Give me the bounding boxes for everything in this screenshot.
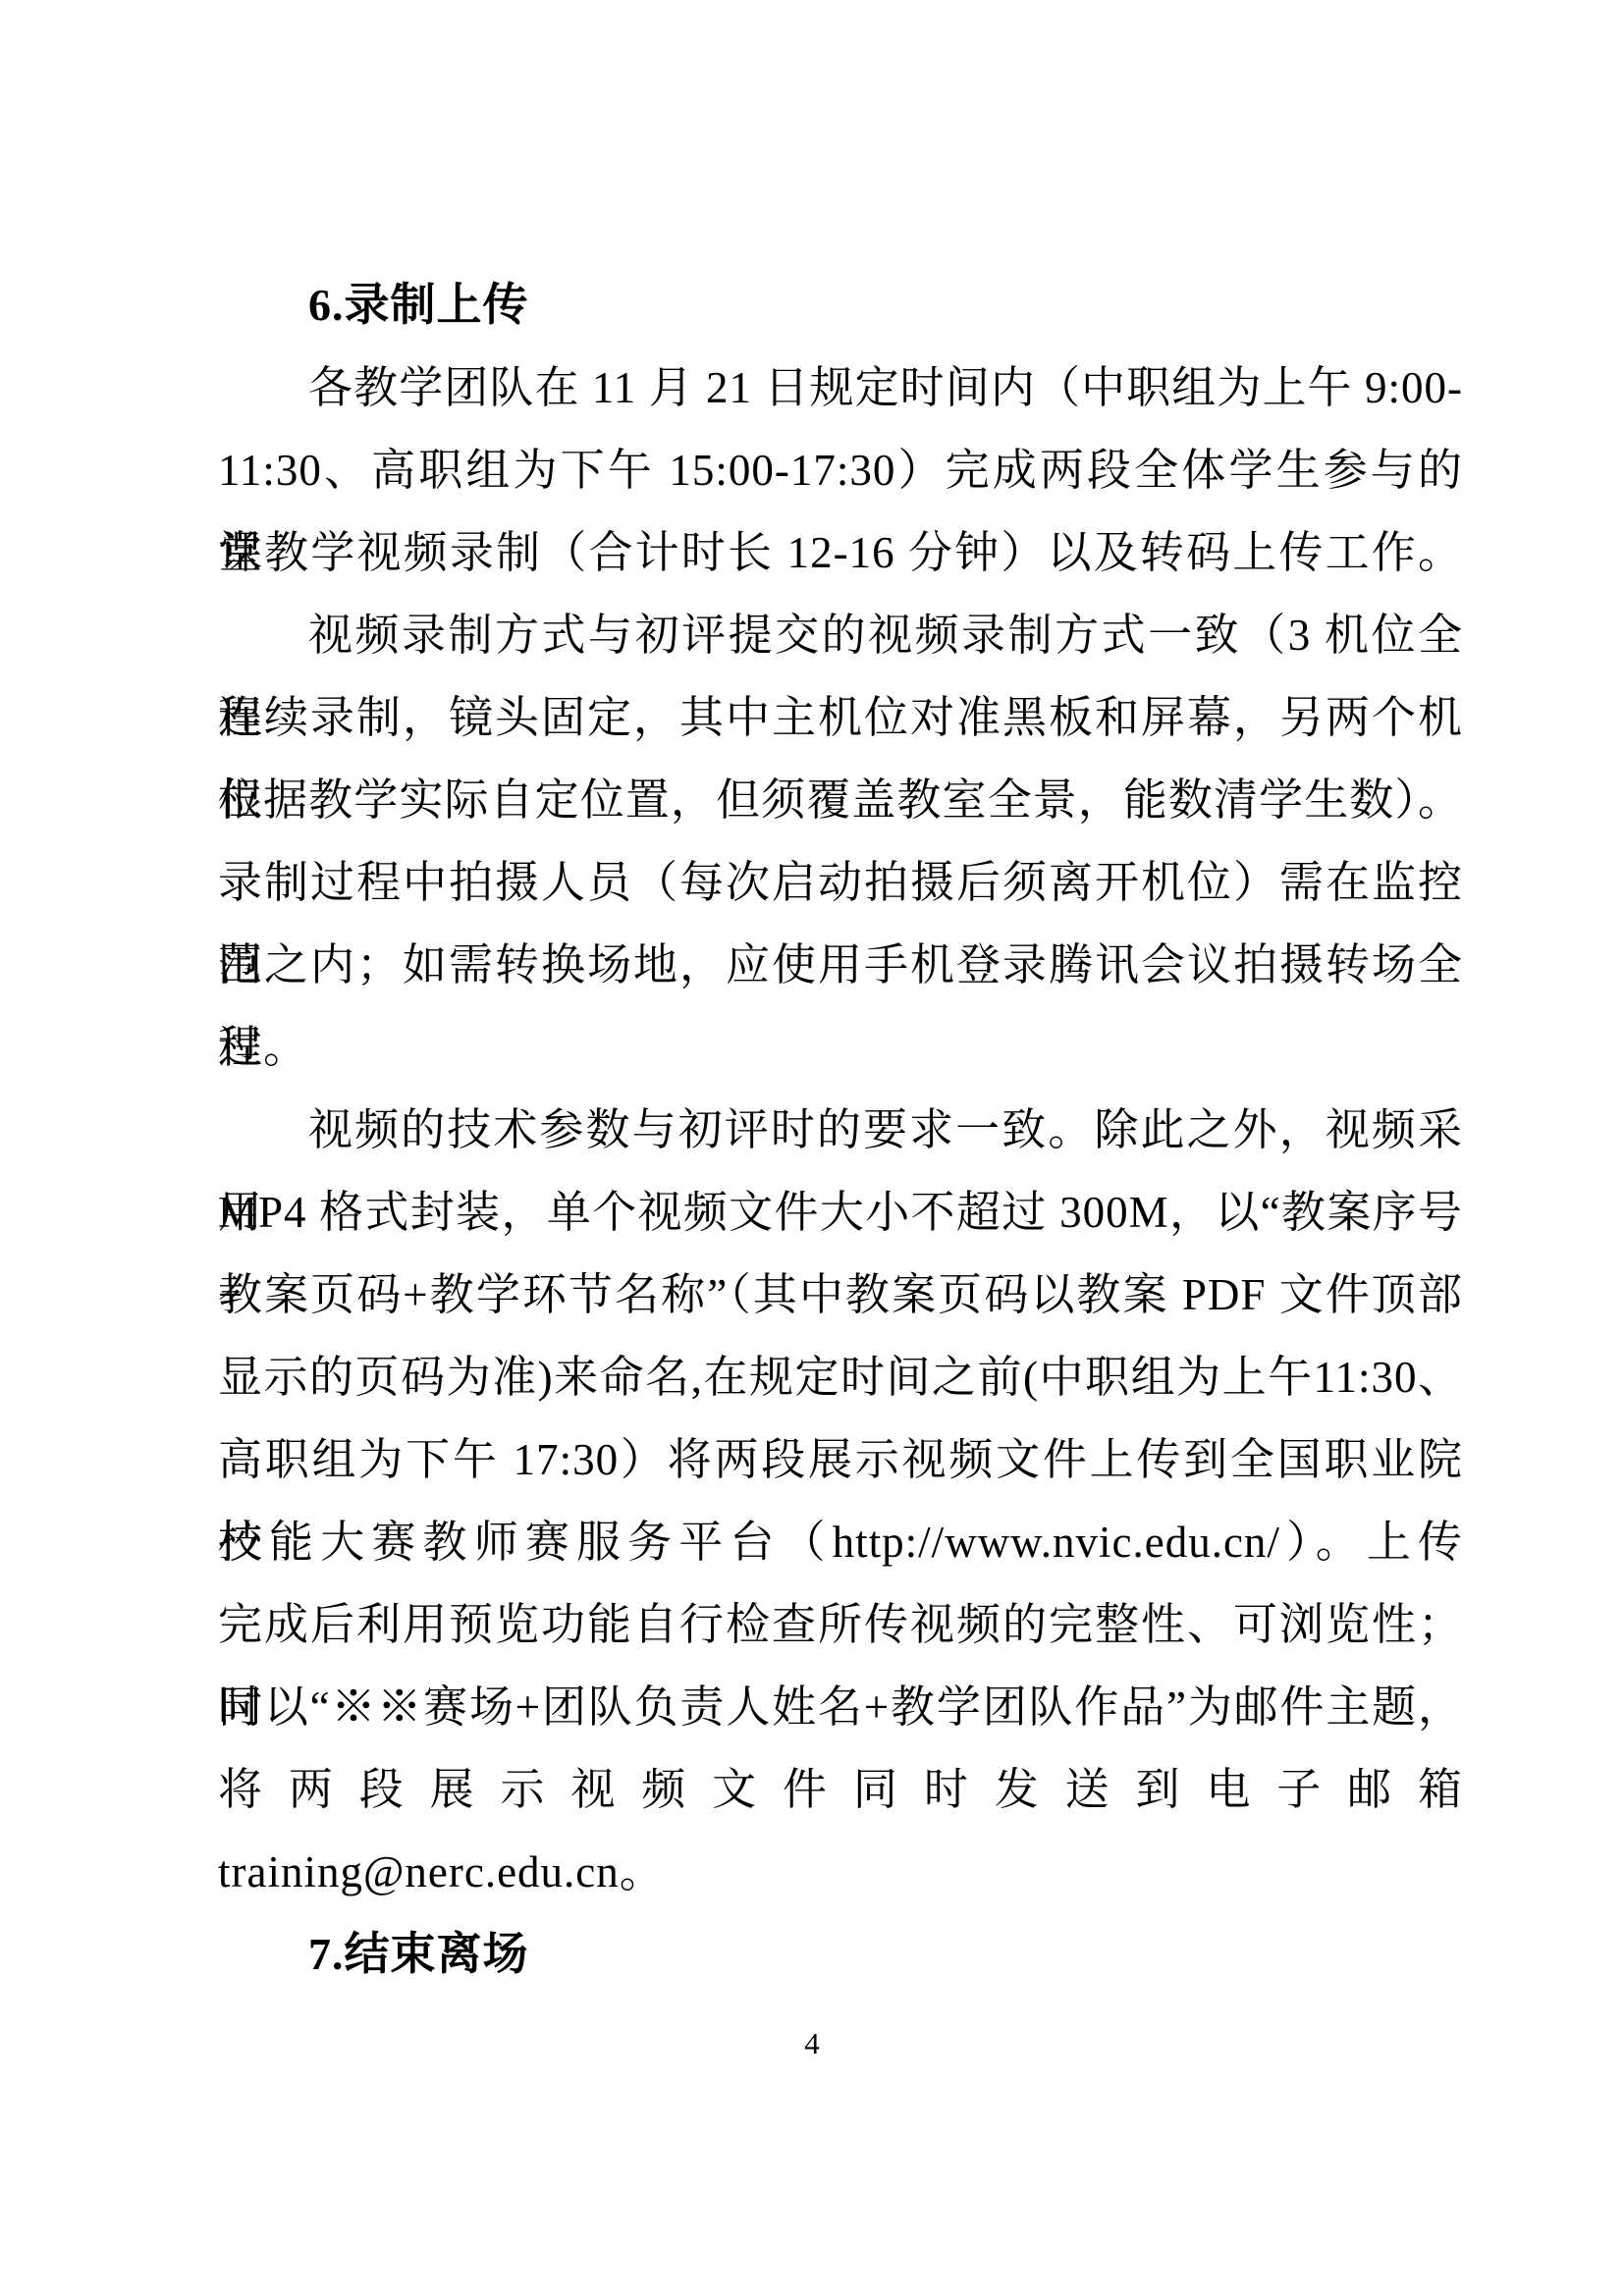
- body-text-line: 时以“※※赛场+团队负责人姓名+教学团队作品”为邮件主题，: [218, 1666, 1463, 1748]
- body-text-line: 显示的页码为准)来命名,在规定时间之前(中职组为上午11:30、: [218, 1336, 1463, 1418]
- section-heading: 6.录制上传: [218, 264, 1463, 347]
- body-text-line: 完成后利用预览功能自行检查所传视频的完整性、可浏览性；同: [218, 1583, 1463, 1666]
- body-text-line: 11:30、高职组为下午 15:00-17:30）完成两段全体学生参与的课: [218, 429, 1463, 511]
- body-text-line: 高职组为下午 17:30）将两段展示视频文件上传到全国职业院校: [218, 1418, 1463, 1501]
- body-text-line: 技能大赛教师赛服务平台（http://www.nvic.edu.cn/）。上传: [218, 1501, 1463, 1583]
- page-number: 4: [804, 2026, 820, 2060]
- body-text-line: MP4 格式封装，单个视频文件大小不超过 300M，以“教案序号+: [218, 1171, 1463, 1254]
- body-text-line: 将两段展示视频文件同时发送到电子邮箱: [218, 1748, 1463, 1831]
- body-text-line: 围之内；如需转换场地，应使用手机登录腾讯会议拍摄转场全过: [218, 924, 1463, 1006]
- body-text-line: training@nerc.edu.cn。: [218, 1831, 1463, 1913]
- body-text-line: 根据教学实际自定位置，但须覆盖教室全景，能数清学生数）。: [218, 759, 1463, 841]
- page-footer: 4: [0, 2024, 1624, 2063]
- body-text-line: 视频的技术参数与初评时的要求一致。除此之外，视频采用: [218, 1089, 1463, 1171]
- body-text-line: 视频录制方式与初评提交的视频录制方式一致（3 机位全程: [218, 594, 1463, 676]
- section-heading: 7.结束离场: [218, 1913, 1463, 1996]
- body-text-line: 堂教学视频录制（合计时长 12-16 分钟）以及转码上传工作。: [218, 511, 1463, 594]
- body-text-line: 连续录制，镜头固定，其中主机位对准黑板和屏幕，另两个机位: [218, 676, 1463, 759]
- body-text-line: 程。: [218, 1006, 1463, 1089]
- document-text-block: 6.录制上传各教学团队在 11 月 21 日规定时间内（中职组为上午 9:00-…: [218, 264, 1463, 1996]
- body-text-line: 录制过程中拍摄人员（每次启动拍摄后须离开机位）需在监控范: [218, 841, 1463, 924]
- body-text-line: 各教学团队在 11 月 21 日规定时间内（中职组为上午 9:00-: [218, 347, 1463, 429]
- body-text-line: 教案页码+教学环节名称”（其中教案页码以教案 PDF 文件顶部: [218, 1254, 1463, 1336]
- document-page: 6.录制上传各教学团队在 11 月 21 日规定时间内（中职组为上午 9:00-…: [0, 0, 1624, 2296]
